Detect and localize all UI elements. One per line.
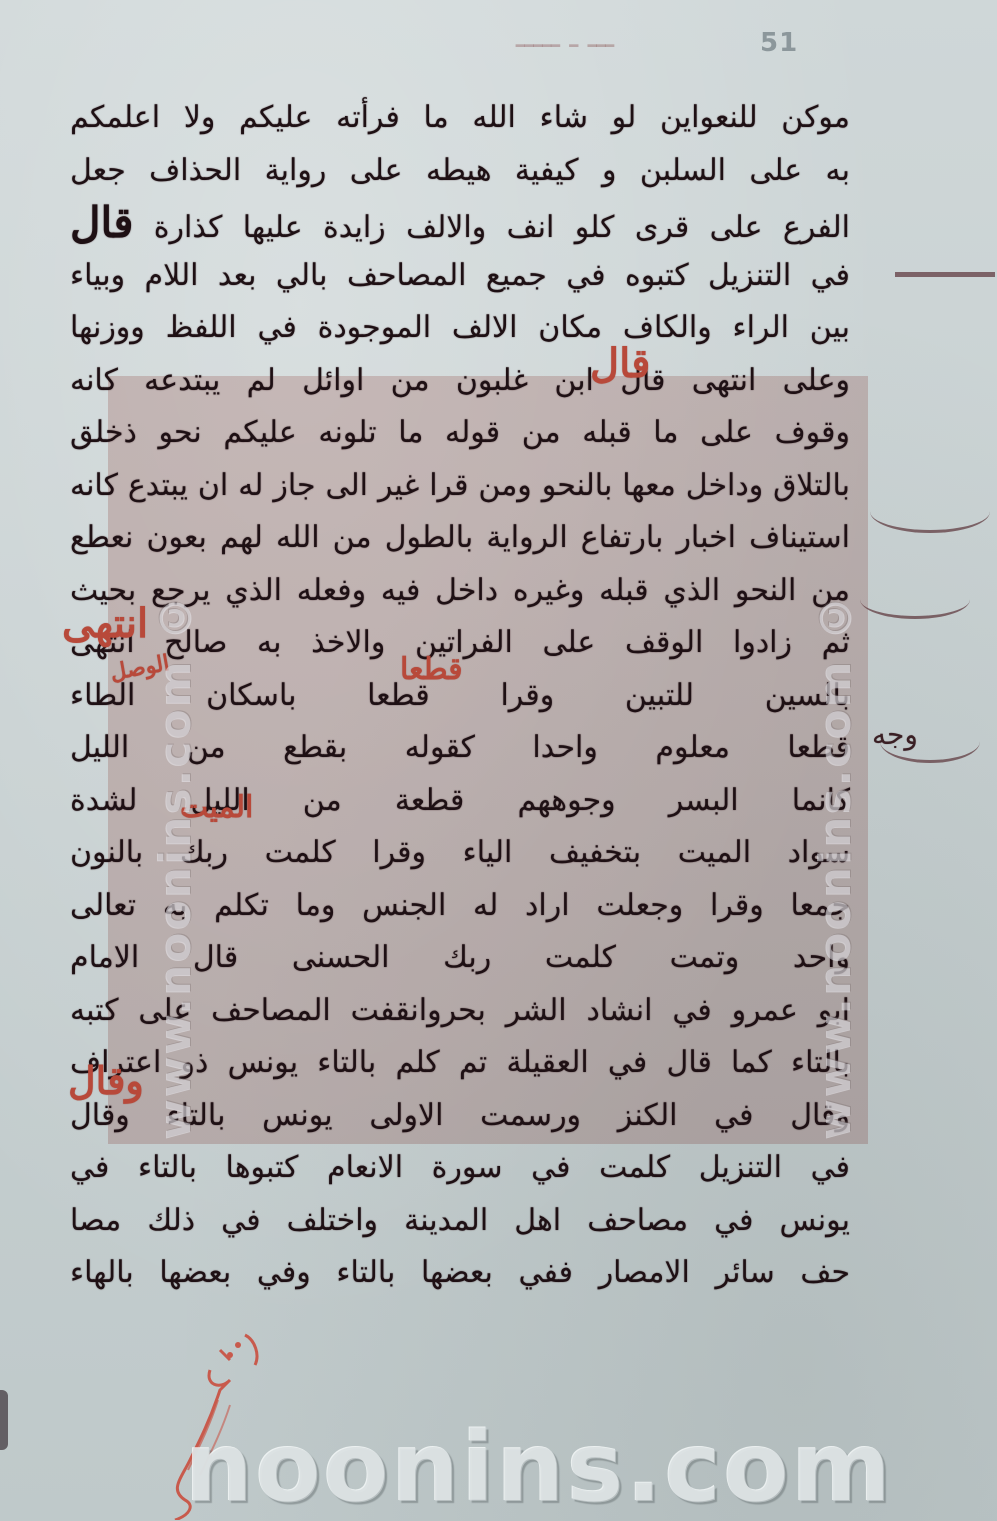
vertical-watermark-left: www.noonins.com © <box>150 380 201 1140</box>
margin-line-stroke <box>895 260 995 277</box>
margin-flourish-3 <box>880 720 980 763</box>
rubric-qala-line6: قال <box>590 340 650 387</box>
margin-rubric-intaha: انتهى <box>62 600 148 647</box>
text-line-3: الفرع على قرى كلو انف والالف زايدة عليها… <box>70 197 850 250</box>
text-line-22: يونس في مصاحف اهل المدينة واختلف في ذلك … <box>70 1195 850 1248</box>
text-line-21: في التنزيل كلمت في سورة الانعام كتبوها ب… <box>70 1142 850 1195</box>
bottom-watermark: noonins.com <box>185 1412 893 1521</box>
margin-flourish-2 <box>860 580 970 619</box>
vertical-watermark-right: www.noonins.com © <box>810 380 861 1140</box>
text-line-1: موكن للنعواين لو شاء الله ما فرأته عليكم… <box>70 92 850 145</box>
text-line-5: بين الراء والكاف مكان الالف الموجودة في … <box>70 302 850 355</box>
rubric-word-qala: قال <box>70 198 133 247</box>
margin-rubric-wa-qala: وقال <box>68 1058 144 1103</box>
text-line-2: به على السلبن و كيفية هيطه على رواية الح… <box>70 145 850 198</box>
text-line-3-body: الفرع على قرى كلو انف والالف زايدة عليها… <box>154 210 850 245</box>
page-edge-shadow <box>0 1390 8 1450</box>
text-line-4: في التنزيل كتبوه في جميع المصاحف بالي بع… <box>70 250 850 303</box>
faint-bleedthrough-text: ـــ ـ ـــــ <box>400 20 730 70</box>
margin-flourish-1 <box>870 490 990 533</box>
folio-number: 51 <box>760 28 798 58</box>
rubric-qitaan: قطعا <box>400 652 463 687</box>
manuscript-page: 51 ـــ ـ ـــــ موكن للنعواين لو شاء الله… <box>0 0 997 1521</box>
text-line-23: حف سائر الامصار ففي بعضها بالتاء وفي بعض… <box>70 1247 850 1300</box>
